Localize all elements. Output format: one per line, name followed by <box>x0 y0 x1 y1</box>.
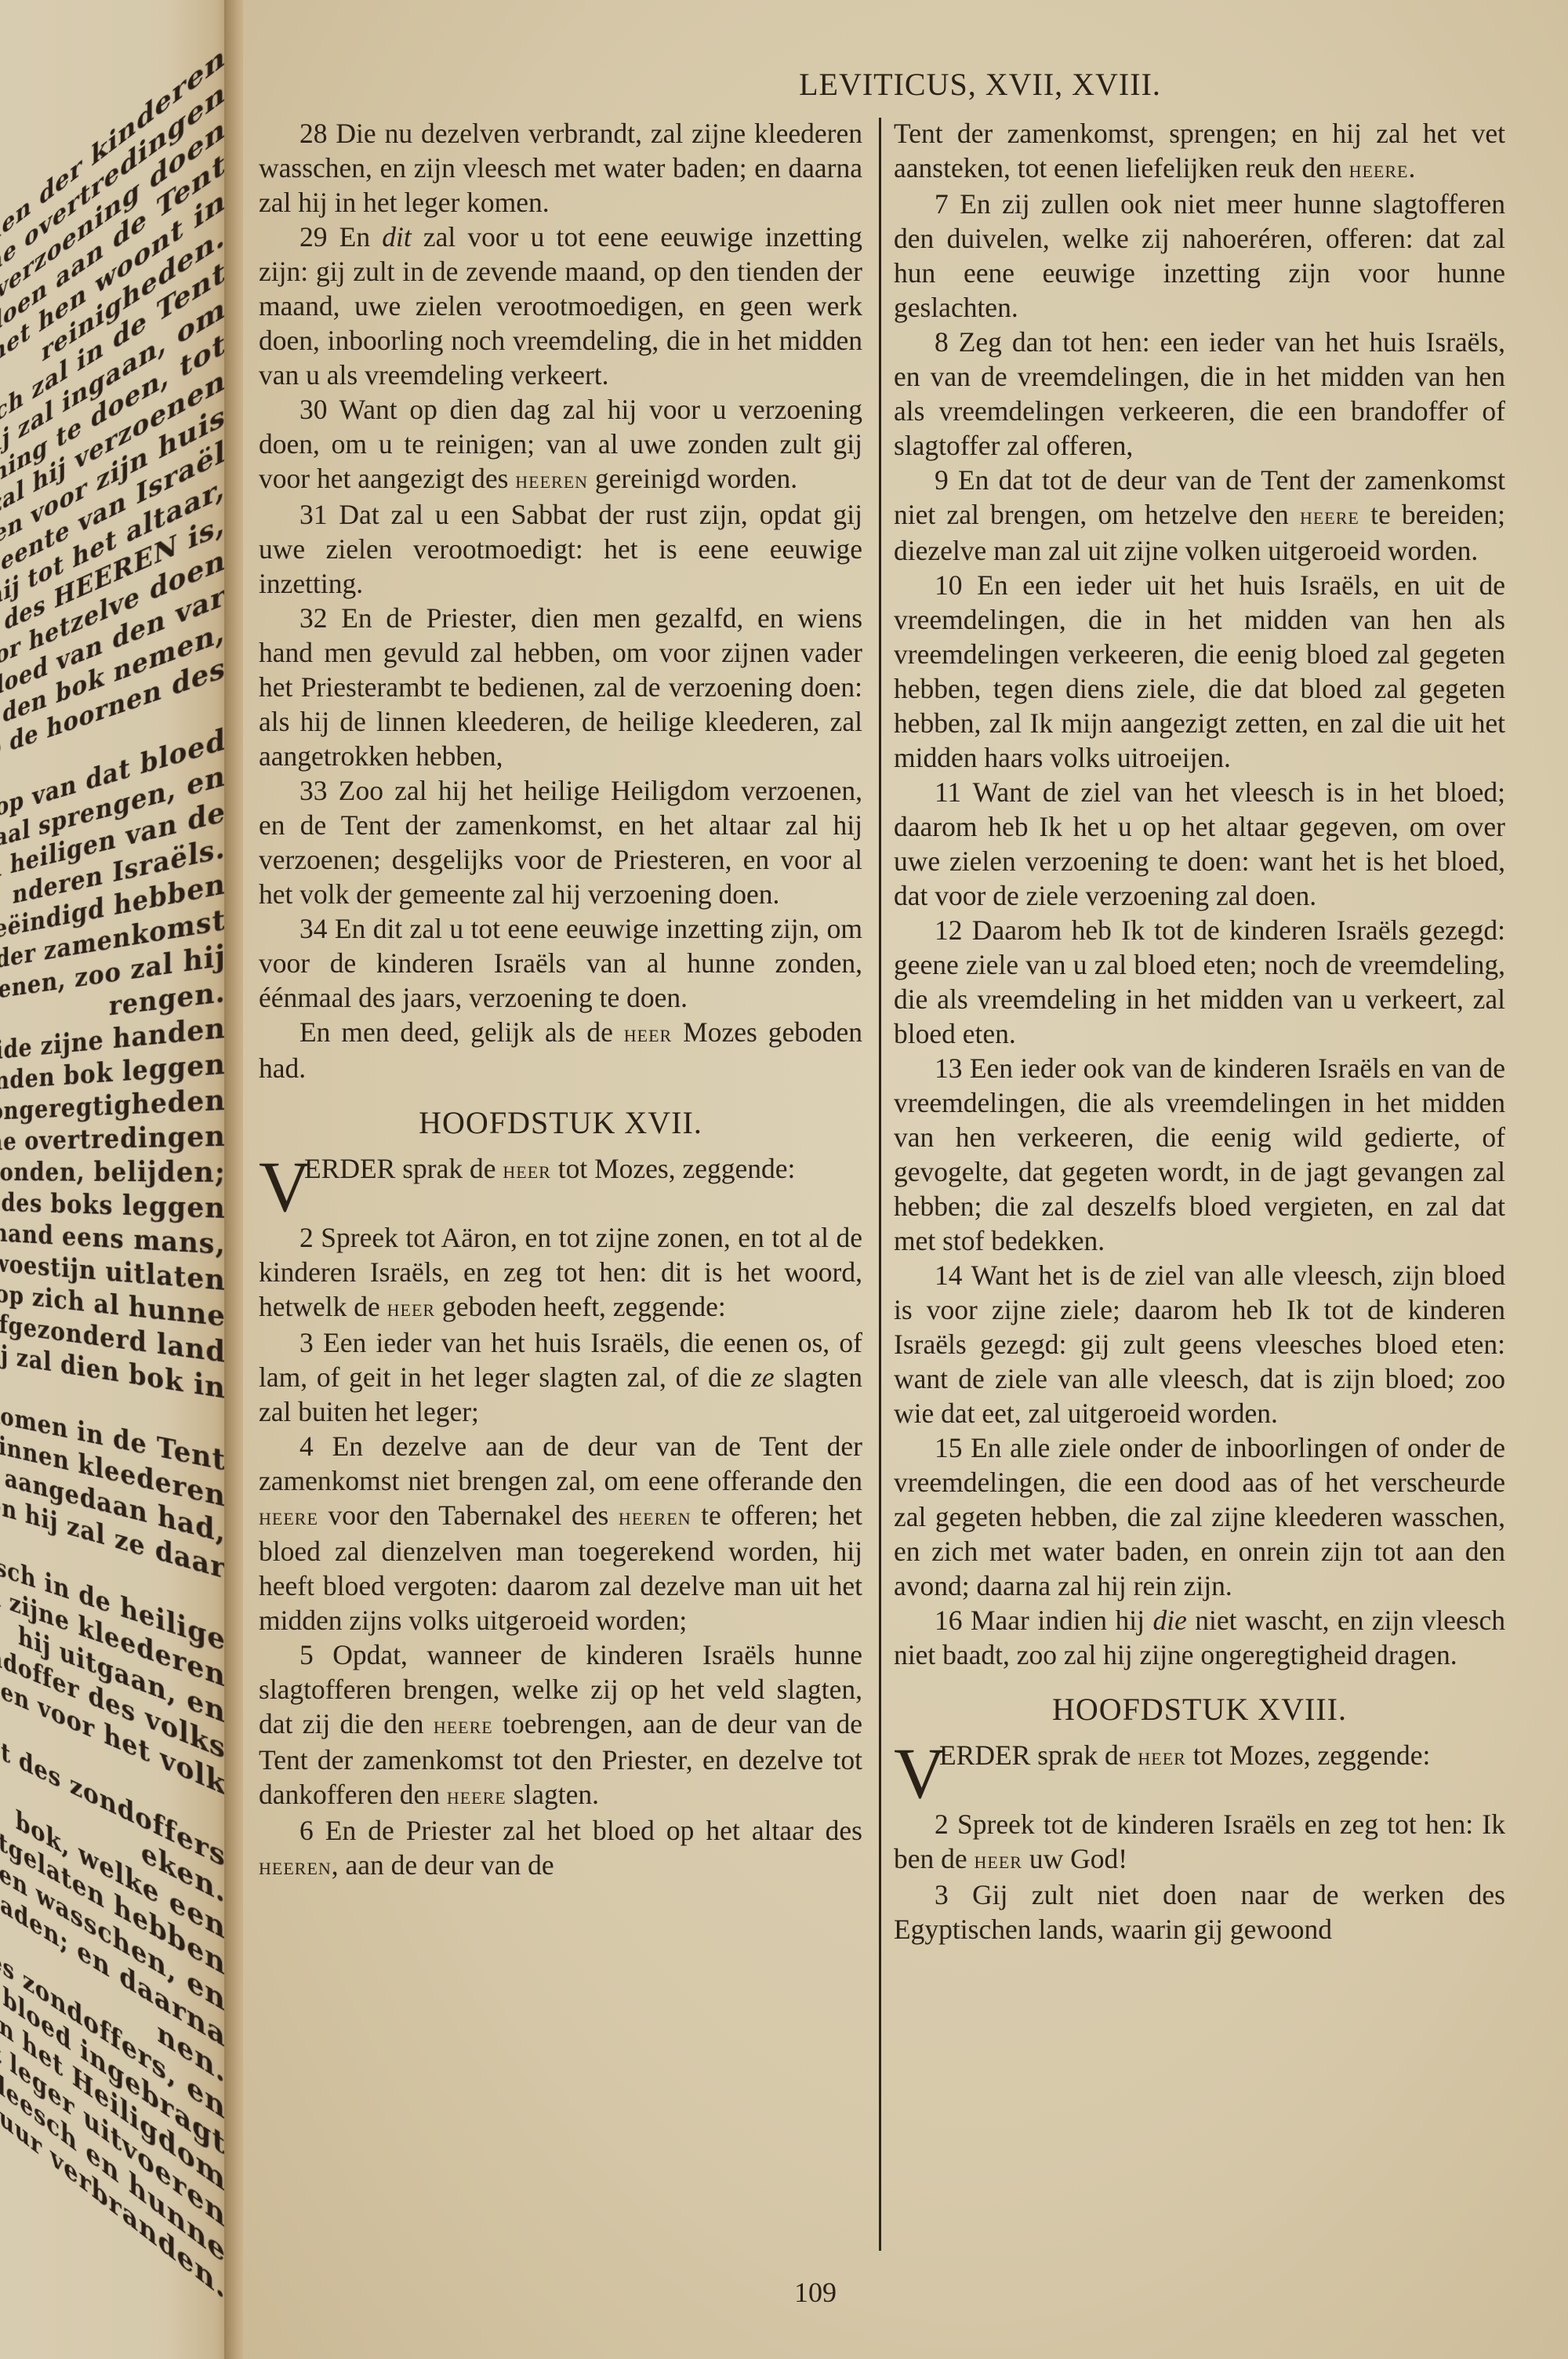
verse-number: 8 <box>935 326 959 358</box>
facing-page-fragment: heden der kinderene hunne overtredingenn… <box>0 0 235 2359</box>
verse-text: En de Priester, dien men gezalfd, en wie… <box>259 602 862 772</box>
facing-page-text: heden der kinderene hunne overtredingenn… <box>0 35 226 2308</box>
small-caps-divine-name: heere <box>1349 155 1409 183</box>
verse-number: 16 <box>935 1605 971 1636</box>
verse: 5 Opdat, wanneer de kinderen Israëls hun… <box>259 1637 862 1813</box>
verse: 3 Gij zult niet doen naar de werken des … <box>894 1877 1505 1946</box>
verse-text: En dezelve aan de deur van de Tent der z… <box>259 1430 862 1496</box>
italic-text: dit <box>382 221 411 253</box>
verse-text: Zoo zal hij het heilige Heiligdom verzoe… <box>259 775 862 910</box>
verse-text: Maar indien hij <box>971 1605 1153 1636</box>
drop-cap: V <box>894 1739 946 1807</box>
verse-text: Gij zult niet doen naar de werken des Eg… <box>894 1879 1505 1945</box>
verse-number: 3 <box>935 1879 972 1910</box>
small-caps-divine-name: heer <box>624 1020 672 1047</box>
verse-number: 9 <box>935 464 958 496</box>
verse-text: tot Mozes, zeggende: <box>551 1153 796 1184</box>
verse-text: uw God! <box>1022 1843 1127 1874</box>
verse: 31 Dat zal u een Sabbat der rust zijn, o… <box>259 497 862 601</box>
verse-number: 29 <box>299 221 339 253</box>
chapter-heading: HOOFDSTUK XVII. <box>259 1106 862 1140</box>
facing-page-line: e zonden, belijden; <box>0 1154 226 1190</box>
verse-text: gereinigd worden. <box>588 463 797 494</box>
verse-number: 3 <box>299 1327 323 1358</box>
verse-text: En alle ziele onder de inboorlingen of o… <box>894 1432 1505 1601</box>
small-caps-divine-name: heer <box>1138 1743 1185 1770</box>
verse: 32 En de Priester, dien men gezalfd, en … <box>259 601 862 773</box>
verse: 28 Die nu dezelven verbrandt, zal zijne … <box>259 116 862 220</box>
verse-number: 11 <box>935 776 973 808</box>
verse-text: En een ieder uit het huis Israëls, en ui… <box>894 569 1505 773</box>
verse-number: 31 <box>299 499 339 530</box>
chapter-heading: HOOFDSTUK XVIII. <box>894 1692 1505 1727</box>
italic-text: ze <box>751 1361 775 1393</box>
verse-text: geboden heeft, zeggende: <box>435 1291 726 1322</box>
column-divider <box>879 118 881 2251</box>
verse: 33 Zoo zal hij het heilige Heiligdom ver… <box>259 773 862 911</box>
verse-number: 12 <box>935 914 972 946</box>
verse: En men deed, gelijk als de heer Mozes ge… <box>259 1015 862 1085</box>
verse: 10 En een ieder uit het huis Israëls, en… <box>894 568 1505 775</box>
verse-number: 30 <box>299 394 339 425</box>
small-caps-divine-name: heere <box>434 1711 493 1739</box>
verse-text: Zeg dan tot hen: een ieder van het huis … <box>894 326 1505 461</box>
continued-verse: Tent der zamenkomst, sprengen; en hij za… <box>894 116 1505 187</box>
verse: 15 En alle ziele onder de inboorlingen o… <box>894 1430 1505 1603</box>
left-column: 28 Die nu dezelven verbrandt, zal zijne … <box>259 116 862 1884</box>
verse-text: Want de ziel van het vleesch is in het b… <box>894 776 1505 911</box>
verse: 13 Een ieder ook van de kinderen Israëls… <box>894 1051 1505 1258</box>
verse-number: 2 <box>299 1222 321 1253</box>
small-caps-divine-name: heeren <box>619 1503 691 1530</box>
verse: 3 Een ieder van het huis Israëls, die ee… <box>259 1325 862 1429</box>
small-caps-divine-name: heer <box>975 1846 1022 1874</box>
verse-text: tot Mozes, zeggende: <box>1186 1739 1431 1771</box>
verse: 11 Want de ziel van het vleesch is in he… <box>894 775 1505 913</box>
verse: 8 Zeg dan tot hen: een ieder van het hui… <box>894 325 1505 463</box>
verse: 4 En dezelve aan de deur van de Tent der… <box>259 1429 862 1637</box>
book-page: LEVITICUS, XVII, XVIII. 28 Die nu dezelv… <box>243 0 1568 2359</box>
verse-number: 28 <box>299 118 336 149</box>
page-number: 109 <box>760 2276 870 2309</box>
verse: 12 Daarom heb Ik tot de kinderen Israëls… <box>894 913 1505 1051</box>
verse: 6 En de Priester zal het bloed op het al… <box>259 1813 862 1884</box>
right-column: Tent der zamenkomst, sprengen; en hij za… <box>894 116 1505 1946</box>
verse: 34 En dit zal u tot eene eeuwige inzetti… <box>259 911 862 1015</box>
verse: 9 En dat tot de deur van de Tent der zam… <box>894 463 1505 568</box>
verse: 14 Want het is de ziel van alle vleesch,… <box>894 1258 1505 1430</box>
verse-text: Die nu dezelven verbrandt, zal zijne kle… <box>259 118 862 218</box>
verse-number: 7 <box>935 188 960 220</box>
verse-text: En <box>339 221 383 253</box>
small-caps-divine-name: heeren <box>515 466 588 493</box>
verse-text: , aan de deur van de <box>332 1849 554 1881</box>
verse-number: 4 <box>299 1430 332 1462</box>
verse-text: Dat zal u een Sabbat der rust zijn, opda… <box>259 499 862 599</box>
verse-text: Een ieder ook van de kinderen Israëls en… <box>894 1052 1505 1256</box>
verse-number: 33 <box>299 775 339 806</box>
verse: 29 En dit zal voor u tot eene eeuwige in… <box>259 220 862 392</box>
verse-text: En dit zal u tot eene eeuwige inzetting … <box>259 913 862 1013</box>
small-caps-divine-name: heer <box>503 1156 550 1183</box>
verse-text: Daarom heb Ik tot de kinderen Israëls ge… <box>894 914 1505 1049</box>
verse: 30 Want op dien dag zal hij voor u verzo… <box>259 392 862 497</box>
small-caps-divine-name: heere <box>259 1503 318 1530</box>
verse-text: En men deed, gelijk als de <box>299 1016 624 1048</box>
chapter-opening-verse: VERDER sprak de heer tot Mozes, zeggende… <box>259 1151 862 1220</box>
verse: 7 En zij zullen ook niet meer hunne slag… <box>894 187 1505 325</box>
verse: 16 Maar indien hij die niet wascht, en z… <box>894 1603 1505 1672</box>
chapter-opening-verse: VERDER sprak de heer tot Mozes, zeggende… <box>894 1738 1505 1807</box>
verse: 2 Spreek tot de kinderen Israëls en zeg … <box>894 1807 1505 1877</box>
verse-text: En de Priester zal het bloed op het alta… <box>325 1815 862 1846</box>
verse-number: 34 <box>299 913 335 944</box>
small-caps-divine-name: heere <box>447 1782 506 1809</box>
verse-text: slagten. <box>506 1779 599 1810</box>
small-caps-divine-name: heer <box>387 1294 435 1321</box>
verse-text: ERDER sprak de <box>304 1153 503 1184</box>
verse-text: Want het is de ziel van alle vleesch, zi… <box>894 1259 1505 1429</box>
verse-number: 6 <box>299 1815 325 1846</box>
verse-text: ERDER sprak de <box>939 1739 1138 1771</box>
verse-number: 10 <box>935 569 977 601</box>
verse-text: . <box>1408 152 1415 184</box>
small-caps-divine-name: heere <box>1300 502 1359 529</box>
small-caps-divine-name: heeren <box>259 1852 332 1880</box>
verse: 2 Spreek tot Aäron, en tot zijne zonen, … <box>259 1220 862 1325</box>
running-head: LEVITICUS, XVII, XVIII. <box>666 66 1294 103</box>
verse-number: 13 <box>935 1052 970 1084</box>
verse-number: 15 <box>935 1432 971 1463</box>
verse-number: 14 <box>935 1259 971 1291</box>
verse-text: voor den Tabernakel des <box>318 1499 619 1531</box>
italic-text: die <box>1152 1605 1186 1636</box>
verse-number: 2 <box>935 1808 957 1840</box>
verse-number: 5 <box>299 1639 332 1670</box>
verse-text: En zij zullen ook niet meer hunne slagto… <box>894 188 1505 323</box>
verse-number: 32 <box>299 602 341 634</box>
drop-cap: V <box>259 1153 310 1220</box>
